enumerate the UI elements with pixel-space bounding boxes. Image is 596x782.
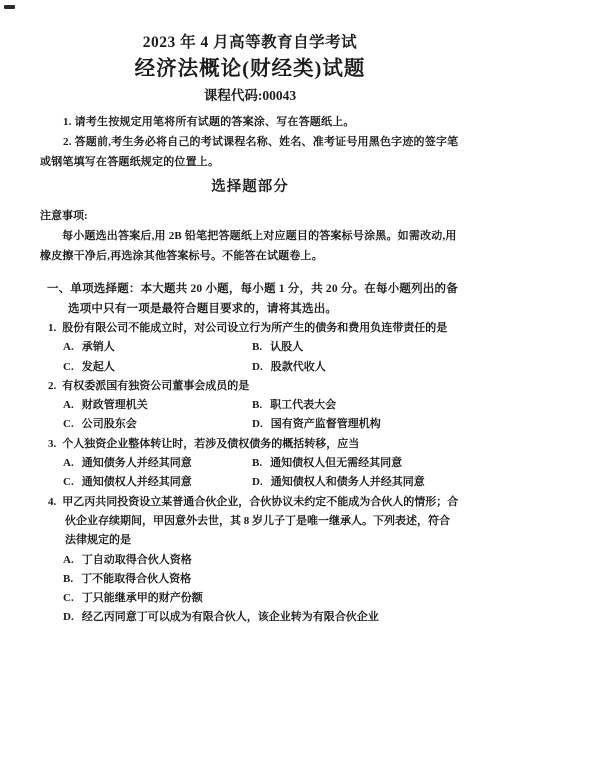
scan-artifact [4, 5, 15, 9]
exam-paper: 2023 年 4 月高等教育自学考试 经济法概论(财经类)试题 课程代码:000… [40, 32, 460, 628]
option-label: A. [63, 341, 74, 353]
question-number: 4. [48, 496, 56, 508]
instruction-1: 1. 请考生按规定用笔将所有试题的答案涂、写在答题纸上。 [40, 112, 460, 132]
question-stem: 有权委派国有独资公司董事会成员的是 [62, 380, 249, 392]
option-label: B. [252, 399, 262, 411]
option-label: D. [252, 361, 263, 373]
question-4: 4.甲乙丙共同投资设立某普通合伙企业，合伙协议未约定不能成为合伙人的情形；合伙企… [40, 493, 460, 628]
question-1: 1.股份有限公司不能成立时，对公司设立行为所产生的债务和费用负连带责任的是A.承… [40, 319, 460, 377]
option-text: 通知债权人但无需经其同意 [270, 457, 402, 469]
notice-label: 注意事项: [40, 206, 460, 226]
question-list: 1.股份有限公司不能成立时，对公司设立行为所产生的债务和费用负连带责任的是A.承… [40, 319, 460, 628]
course-code: 课程代码:00043 [40, 86, 460, 106]
question-stem: 股份有限公司不能成立时，对公司设立行为所产生的债务和费用负连带责任的是 [62, 322, 447, 334]
option-text: 职工代表大会 [270, 399, 336, 411]
question-2: 2.有权委派国有独资公司董事会成员的是A.财政管理机关B.职工代表大会C.公司股… [40, 377, 460, 435]
option-text: 丁只能继承甲的财产份额 [82, 592, 203, 604]
instruction-2: 2. 答题前,考生务必将自己的考试课程名称、姓名、准考证号用黑色字迹的签字笔或钢… [40, 132, 460, 172]
part1-heading: 一、单项选择题：本大题共 20 小题，每小题 1 分，共 20 分。在每小题列出… [40, 280, 460, 319]
option-C: C.丁只能继承甲的财产份额 [63, 589, 460, 608]
option-label: D. [252, 476, 263, 488]
question-number: 1. [48, 322, 56, 334]
option-A: A.通知债务人并经其同意 [63, 454, 252, 473]
option-D: D.通知债权人和债务人并经其同意 [252, 473, 460, 492]
option-text: 认股人 [270, 341, 303, 353]
question-text: 3.个人独资企业整体转让时，若涉及债权债务的概括转移，应当 [40, 435, 460, 454]
option-A: A.丁自动取得合伙人资格 [63, 551, 460, 570]
options: A.丁自动取得合伙人资格B.丁不能取得合伙人资格C.丁只能继承甲的财产份额D.经… [40, 551, 460, 628]
exam-session-title: 2023 年 4 月高等教育自学考试 [40, 32, 460, 54]
option-B: B.通知债权人但无需经其同意 [252, 454, 460, 473]
options: A.通知债务人并经其同意B.通知债权人但无需经其同意C.通知债权人并经其同意D.… [40, 454, 460, 493]
option-text: 丁自动取得合伙人资格 [82, 554, 192, 566]
option-label: B. [63, 573, 73, 585]
option-label: A. [63, 457, 74, 469]
question-stem: 甲乙丙共同投资设立某普通合伙企业，合伙协议未约定不能成为合伙人的情形；合伙企业存… [62, 496, 458, 547]
option-text: 丁不能取得合伙人资格 [81, 573, 191, 585]
option-label: A. [63, 399, 74, 411]
option-text: 国有资产监督管理机构 [271, 418, 381, 430]
options: A.承销人B.认股人C.发起人D.股款代收人 [40, 338, 460, 377]
option-text: 发起人 [82, 361, 115, 373]
question-stem: 个人独资企业整体转让时，若涉及债权债务的概括转移，应当 [62, 438, 359, 450]
option-C: C.通知债权人并经其同意 [63, 473, 252, 492]
option-C: C.公司股东会 [63, 415, 252, 434]
option-text: 通知债权人和债务人并经其同意 [271, 476, 425, 488]
notice-text: 每小题选出答案后,用 2B 铅笔把答题纸上对应题目的答案标号涂黑。如需改动,用橡… [40, 226, 460, 266]
question-3: 3.个人独资企业整体转让时，若涉及债权债务的概括转移，应当A.通知债务人并经其同… [40, 435, 460, 493]
option-text: 财政管理机关 [82, 399, 148, 411]
option-D: D.经乙丙同意丁可以成为有限合伙人，该企业转为有限合伙企业 [63, 608, 460, 627]
option-label: D. [252, 418, 263, 430]
option-text: 通知债权人并经其同意 [82, 476, 192, 488]
option-label: C. [63, 361, 74, 373]
option-label: C. [63, 476, 74, 488]
section-title: 选择题部分 [40, 176, 460, 198]
option-text: 经乙丙同意丁可以成为有限合伙人，该企业转为有限合伙企业 [82, 611, 379, 623]
option-label: A. [63, 554, 74, 566]
question-number: 3. [48, 438, 56, 450]
option-B: B.丁不能取得合伙人资格 [63, 570, 460, 589]
options: A.财政管理机关B.职工代表大会C.公司股东会D.国有资产监督管理机构 [40, 396, 460, 435]
option-text: 通知债务人并经其同意 [82, 457, 192, 469]
option-label: C. [63, 592, 74, 604]
question-text: 4.甲乙丙共同投资设立某普通合伙企业，合伙协议未约定不能成为合伙人的情形；合伙企… [40, 493, 460, 551]
question-text: 2.有权委派国有独资公司董事会成员的是 [40, 377, 460, 396]
option-text: 股款代收人 [271, 361, 326, 373]
question-number: 2. [48, 380, 56, 392]
option-A: A.承销人 [63, 338, 252, 357]
option-B: B.职工代表大会 [252, 396, 460, 415]
option-label: B. [252, 341, 262, 353]
option-label: C. [63, 418, 74, 430]
option-D: D.国有资产监督管理机构 [252, 415, 460, 434]
option-A: A.财政管理机关 [63, 396, 252, 415]
question-text: 1.股份有限公司不能成立时，对公司设立行为所产生的债务和费用负连带责任的是 [40, 319, 460, 338]
option-text: 承销人 [82, 341, 115, 353]
option-label: B. [252, 457, 262, 469]
option-text: 公司股东会 [82, 418, 137, 430]
general-instructions: 1. 请考生按规定用笔将所有试题的答案涂、写在答题纸上。 2. 答题前,考生务必… [40, 112, 460, 172]
exam-subject-title: 经济法概论(财经类)试题 [40, 54, 460, 84]
option-C: C.发起人 [63, 358, 252, 377]
option-B: B.认股人 [252, 338, 460, 357]
option-label: D. [63, 611, 74, 623]
option-D: D.股款代收人 [252, 358, 460, 377]
